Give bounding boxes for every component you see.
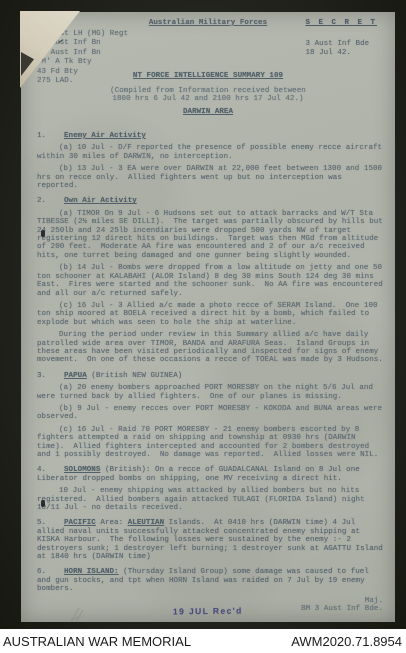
ink-blot-mark bbox=[41, 500, 45, 507]
paragraph: (c) 16 Jul - Raid 70 PORT MORESBY - 21 e… bbox=[37, 426, 385, 460]
paragraph: 10 Jul - enemy shipping was attacked by … bbox=[37, 487, 385, 512]
section-solomons: 4.SOLOMONS (British): On a recce of GUAD… bbox=[37, 466, 385, 512]
awm-accession-number: AWM2020.71.8954 bbox=[291, 634, 402, 649]
paragraph: (a) 10 Jul - D/F reported the presence o… bbox=[37, 144, 385, 161]
section-subtitle: Area: bbox=[96, 519, 128, 527]
section-number: 4. bbox=[37, 466, 64, 474]
classification-label: S E C R E T bbox=[305, 19, 377, 27]
section-title: Enemy Air Activity bbox=[64, 132, 146, 140]
section-number: 2. bbox=[37, 197, 64, 205]
awm-caption-title: AUSTRALIAN WAR MEMORIAL bbox=[3, 634, 191, 649]
section-heading: 3.PAPUA (British NEW GUINEA) bbox=[37, 372, 385, 380]
paragraph: (b) 14 Jul - Bombs were dropped from a l… bbox=[37, 264, 385, 298]
paragraph: (b) 13 Jul - 3 EA were over DARWIN at 22… bbox=[37, 165, 385, 190]
section-heading: 5.PACIFIC Area: ALEUTIAN Islands. At 041… bbox=[37, 519, 385, 561]
section-heading: 2.Own Air Activity bbox=[37, 197, 385, 205]
section-own-air-activity: 2.Own Air Activity (a) TIMOR On 9 Jul - … bbox=[37, 197, 385, 364]
area-heading: DARWIN AREA bbox=[21, 108, 395, 116]
awm-caption-bar: AUSTRALIAN WAR MEMORIAL AWM2020.71.8954 bbox=[0, 629, 406, 653]
section-heading: 1.Enemy Air Activity bbox=[37, 132, 385, 140]
addressee: 3 Aust Inf Bde bbox=[305, 40, 377, 48]
paragraph: (a) TIMOR On 9 Jul - 6 Hudsons set out t… bbox=[37, 210, 385, 260]
section-title-2: ALEUTIAN bbox=[128, 519, 164, 527]
section-title: PAPUA bbox=[64, 372, 87, 380]
section-title: Own Air Activity bbox=[64, 197, 137, 205]
section-title: HORN ISLAND: bbox=[64, 568, 119, 576]
section-heading: 6.HORN ISLAND: (Thursday Island Group) s… bbox=[37, 568, 385, 593]
received-date-stamp: 19 JUL Rec'd bbox=[173, 607, 243, 616]
section-papua: 3.PAPUA (British NEW GUINEA) (a) 20 enem… bbox=[37, 372, 385, 460]
compiled-note-line: 1800 hrs 6 Jul 42 and 2100 hrs 17 Jul 42… bbox=[21, 95, 395, 103]
distribution-item: 'M' A Tk Bty bbox=[37, 58, 128, 67]
section-number: 3. bbox=[37, 372, 64, 380]
document-body: 1.Enemy Air Activity (a) 10 Jul - D/F re… bbox=[21, 122, 395, 614]
document-title: NT FORCE INTELLIGENCE SUMMARY 109 bbox=[21, 72, 395, 80]
paragraph: (b) 9 Jul - enemy recces over PORT MORES… bbox=[37, 405, 385, 422]
paragraph: During the period under review in this S… bbox=[37, 331, 385, 365]
document-header: Australian Military Forces 19 Aust LH (M… bbox=[21, 12, 395, 122]
paragraph: (c) 16 Jul - 3 Allied a/c made a photo r… bbox=[37, 302, 385, 327]
pencil-scribble bbox=[65, 604, 95, 630]
section-horn-island: 6.HORN ISLAND: (Thursday Island Group) s… bbox=[37, 568, 385, 593]
section-heading: 4.SOLOMONS (British): On a recce of GUAD… bbox=[37, 466, 385, 483]
ink-blot-mark bbox=[41, 230, 45, 237]
section-title: PACIFIC bbox=[64, 519, 96, 527]
section-number: 5. bbox=[37, 519, 64, 527]
distribution-item: 43 Aust Inf Bn bbox=[37, 49, 128, 58]
scanned-document-view: Australian Military Forces 19 Aust LH (M… bbox=[0, 0, 406, 653]
section-subtitle: (British NEW GUINEA) bbox=[87, 372, 183, 380]
paragraph: (a) 20 enemy bombers approached PORT MOR… bbox=[37, 384, 385, 401]
classification-block: S E C R E T 3 Aust Inf Bde 18 Jul 42. bbox=[305, 19, 377, 57]
document-page: Australian Military Forces 19 Aust LH (M… bbox=[21, 12, 395, 622]
section-title: SOLOMONS bbox=[64, 466, 100, 474]
compiled-note: (Compiled from Information received betw… bbox=[21, 87, 395, 104]
section-number: 1. bbox=[37, 132, 64, 140]
document-date: 18 Jul 42. bbox=[305, 49, 377, 57]
section-enemy-air-activity: 1.Enemy Air Activity (a) 10 Jul - D/F re… bbox=[37, 132, 385, 190]
section-pacific: 5.PACIFIC Area: ALEUTIAN Islands. At 041… bbox=[37, 519, 385, 561]
section-number: 6. bbox=[37, 568, 64, 576]
